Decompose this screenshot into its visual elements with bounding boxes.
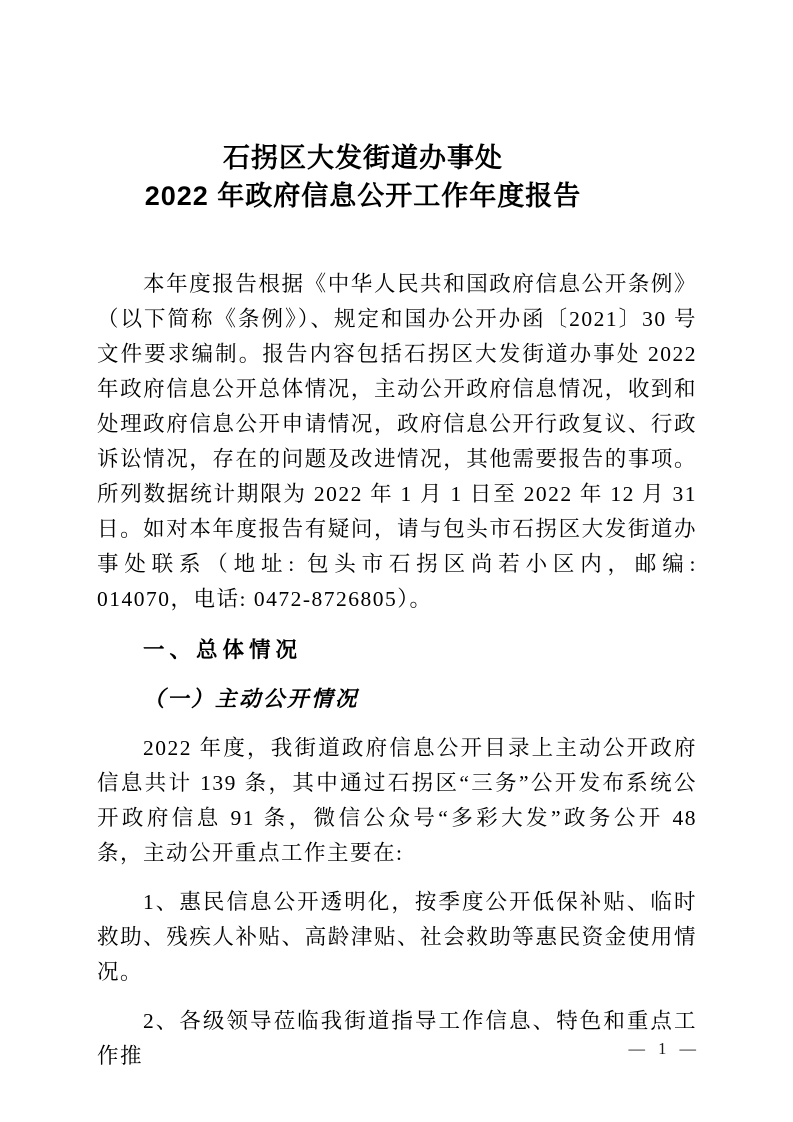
document-title-line1: 石拐区大发街道办事处 <box>63 139 663 177</box>
intro-paragraph: 本年度报告根据《中华人民共和国政府信息公开条例》（以下简称《条例》）、规定和国办… <box>97 267 697 617</box>
document-title-line2: 2022 年政府信息公开工作年度报告 <box>63 177 663 215</box>
document-content: 石拐区大发街道办事处 2022 年政府信息公开工作年度报告 本年度报告根据《中华… <box>97 0 697 1088</box>
document-page: 石拐区大发街道办事处 2022 年政府信息公开工作年度报告 本年度报告根据《中华… <box>0 0 793 1122</box>
proactive-disclosure-paragraph: 2022 年度，我街道政府信息公开目录上主动公开政府信息共计 139 条，其中通… <box>97 731 697 871</box>
section-heading-overall-situation: 一、总体情况 <box>97 633 697 668</box>
document-title: 石拐区大发街道办事处 2022 年政府信息公开工作年度报告 <box>63 139 663 215</box>
page-number: — 1 — <box>629 1040 698 1058</box>
list-item-2-leadership-visits: 2、各级领导莅临我街道指导工作信息、特色和重点工作推 <box>97 1004 697 1074</box>
list-item-1-welfare-info: 1、惠民信息公开透明化，按季度公开低保补贴、临时救助、残疾人补贴、高龄津贴、社会… <box>97 885 697 990</box>
subsection-heading-proactive-disclosure: （一）主动公开情况 <box>97 682 697 717</box>
